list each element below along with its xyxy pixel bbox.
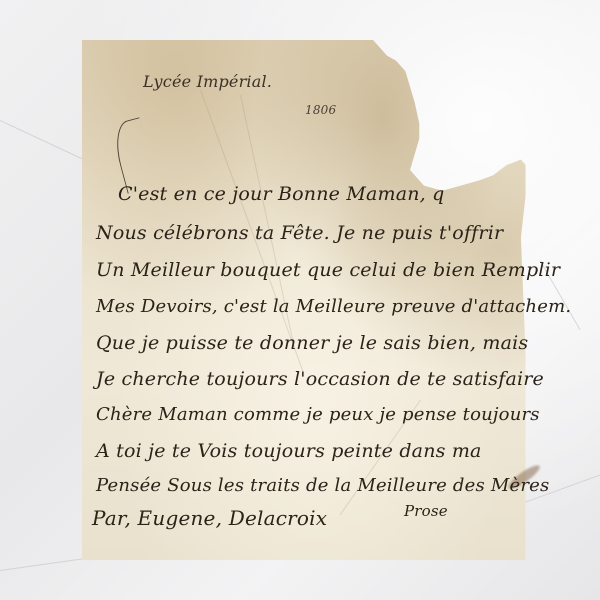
letter-line: Pensée Sous les traits de la Meilleure d… [96, 475, 549, 496]
year-header: 1806 [305, 103, 336, 117]
letter-line: C'est en ce jour Bonne Maman, q [118, 183, 445, 205]
school-header: Lycée Impérial. [143, 72, 272, 91]
letter-line: Un Meilleur bouquet que celui de bien Re… [96, 259, 560, 281]
letter-line: Chère Maman comme je peux je pense toujo… [96, 404, 540, 425]
letter-line: A toi je te Vois toujours peinte dans ma [96, 440, 482, 462]
letter-line: Que je puisse te donner je le sais bien,… [96, 332, 528, 354]
letter-line: Nous célébrons ta Fête. Je ne puis t'off… [96, 222, 503, 244]
signature: Par, Eugene, Delacroix [92, 506, 327, 530]
letter-line: Mes Devoirs, c'est la Meilleure preuve d… [96, 296, 571, 317]
signature-note: Prose [404, 502, 448, 520]
letter-line: Je cherche toujours l'occasion de te sat… [96, 368, 544, 390]
